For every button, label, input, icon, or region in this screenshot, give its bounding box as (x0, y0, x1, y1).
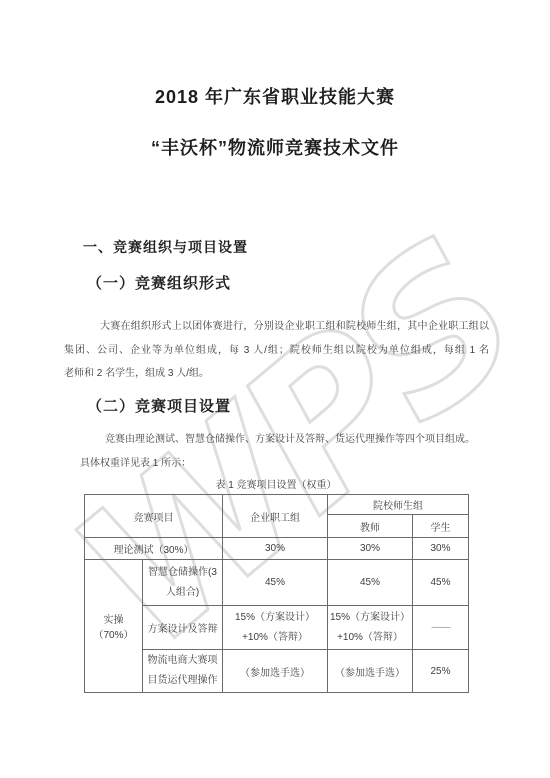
cell-line: 目货运代理操作 (145, 671, 220, 691)
competition-weight-table: 竞赛项目 企业职工组 院校师生组 教师 学生 理论测试（30%） 30% 30%… (84, 494, 469, 693)
cell-line: 15%（方案设计） (330, 608, 410, 628)
cell-practice-label: 实操（70%） (85, 560, 143, 693)
header-cell-teacher: 教师 (328, 515, 413, 538)
header-cell-project: 竞赛项目 (85, 495, 223, 538)
cell-line: 15%（方案设计） (225, 608, 325, 628)
cell-theory-student: 30% (413, 538, 469, 560)
cell-line: 物流电商大赛项 (145, 651, 220, 671)
paragraph-line: 具体权重详见表 1 所示： (80, 452, 494, 476)
cell-line: 智慧仓储操作(3 (145, 563, 220, 583)
cell-plan-teacher: 15%（方案设计） +10%（答辩） (328, 606, 413, 650)
header-cell-school-group: 院校师生组 (328, 495, 469, 515)
cell-smart-label: 智慧仓储操作(3 人组合) (143, 560, 223, 606)
header-cell-enterprise: 企业职工组 (223, 495, 328, 538)
section-heading: 一、竞赛组织与项目设置 (83, 238, 248, 256)
paragraph-projects: 竞赛由理论测试、智慧仓储操作、方案设计及答辩、货运代理操作等四个项目组成。 具体… (80, 428, 494, 476)
cell-plan-label: 方案设计及答辩 (143, 606, 223, 650)
table-caption: 表 1 竞赛项目设置（权重） (84, 478, 468, 494)
cell-freight-student: 25% (413, 650, 469, 693)
paragraph-organization: 大赛在组织形式上以团体赛进行，分别设企业职工组和院校师生组，其中企业职工组以 集… (64, 315, 489, 386)
cell-theory-teacher: 30% (328, 538, 413, 560)
paragraph-line: 竞赛由理论测试、智慧仓储操作、方案设计及答辩、货运代理操作等四个项目组成。 (80, 428, 494, 452)
cell-freight-teacher: （参加选手选） (328, 650, 413, 693)
header-cell-student: 学生 (413, 515, 469, 538)
doc-title-line2: “丰沃杯”物流师竞赛技术文件 (0, 136, 550, 160)
cell-line: +10%（答辩） (330, 628, 410, 648)
cell-line: 人组合) (145, 583, 220, 603)
paragraph-line: 大赛在组织形式上以团体赛进行，分别设企业职工组和院校师生组，其中企业职工组以 (64, 315, 489, 339)
cell-plan-enterprise: 15%（方案设计） +10%（答辩） (223, 606, 328, 650)
cell-smart-student: 45% (413, 560, 469, 606)
subsection-heading-1: （一）竞赛组织形式 (87, 274, 231, 294)
cell-theory-enterprise: 30% (223, 538, 328, 560)
paragraph-line: 集团、公司、企业等为单位组成，每 3 人/组；院校师生组以院校为单位组成，每组 … (64, 339, 489, 363)
document-page: WPS 2018 年广东省职业技能大赛 “丰沃杯”物流师竞赛技术文件 一、竞赛组… (0, 0, 550, 778)
cell-plan-student-dash: —— (413, 606, 469, 650)
cell-theory-label: 理论测试（30%） (85, 538, 223, 560)
cell-line: +10%（答辩） (225, 628, 325, 648)
cell-smart-enterprise: 45% (223, 560, 328, 606)
cell-freight-label: 物流电商大赛项 目货运代理操作 (143, 650, 223, 693)
subsection-heading-2: （二）竞赛项目设置 (87, 397, 231, 417)
cell-smart-teacher: 45% (328, 560, 413, 606)
paragraph-line: 老师和 2 名学生，组成 3 人/组。 (64, 362, 489, 386)
doc-title-line1: 2018 年广东省职业技能大赛 (0, 85, 550, 109)
cell-freight-enterprise: （参加选手选） (223, 650, 328, 693)
